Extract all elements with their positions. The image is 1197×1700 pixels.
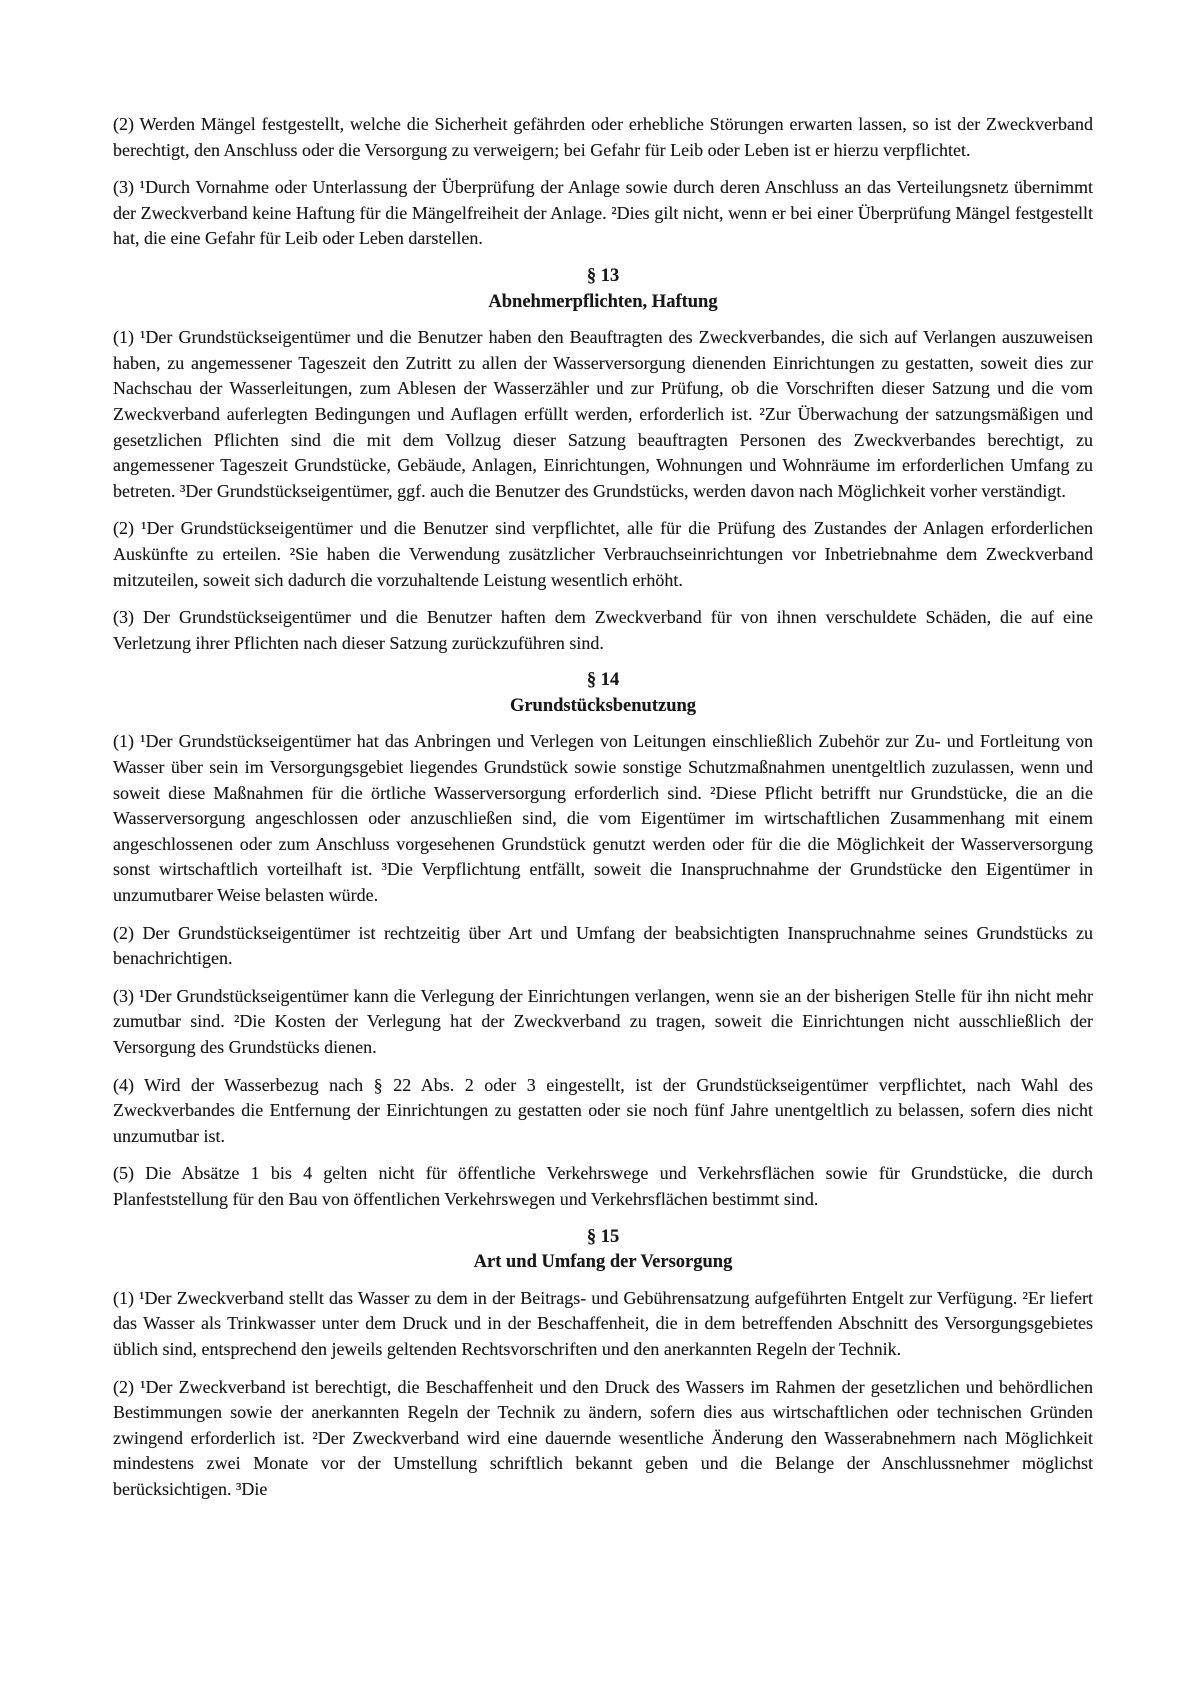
paragraph-14-3: (3) ¹Der Grundstückseigentümer kann die … bbox=[113, 984, 1093, 1061]
paragraph-15-2: (2) ¹Der Zweckverband ist berechtigt, di… bbox=[113, 1375, 1093, 1503]
section-number: § 14 bbox=[113, 668, 1093, 694]
document-page: (2) Werden Mängel festgestellt, welche d… bbox=[0, 0, 1197, 1700]
paragraph-13-1: (1) ¹Der Grundstückseigentümer und die B… bbox=[113, 325, 1093, 504]
paragraph-12-2: (2) Werden Mängel festgestellt, welche d… bbox=[113, 112, 1093, 163]
section-title: Grundstücksbenutzung bbox=[113, 694, 1093, 720]
paragraph-12-3: (3) ¹Durch Vornahme oder Unterlassung de… bbox=[113, 175, 1093, 252]
paragraph-13-3: (3) Der Grundstückseigentümer und die Be… bbox=[113, 605, 1093, 656]
paragraph-14-1: (1) ¹Der Grundstückseigentümer hat das A… bbox=[113, 729, 1093, 908]
paragraph-14-4: (4) Wird der Wasserbezug nach § 22 Abs. … bbox=[113, 1073, 1093, 1150]
section-number: § 15 bbox=[113, 1225, 1093, 1251]
section-title: Abnehmerpflichten, Haftung bbox=[113, 290, 1093, 316]
section-title: Art und Umfang der Versorgung bbox=[113, 1250, 1093, 1276]
paragraph-14-5: (5) Die Absätze 1 bis 4 gelten nicht für… bbox=[113, 1161, 1093, 1212]
paragraph-15-1: (1) ¹Der Zweckverband stellt das Wasser … bbox=[113, 1286, 1093, 1363]
paragraph-13-2: (2) ¹Der Grundstückseigentümer und die B… bbox=[113, 516, 1093, 593]
section-number: § 13 bbox=[113, 264, 1093, 290]
section-heading-14: § 14 Grundstücksbenutzung bbox=[113, 668, 1093, 719]
section-heading-15: § 15 Art und Umfang der Versorgung bbox=[113, 1225, 1093, 1276]
section-heading-13: § 13 Abnehmerpflichten, Haftung bbox=[113, 264, 1093, 315]
document-content: (2) Werden Mängel festgestellt, welche d… bbox=[0, 0, 1197, 1503]
paragraph-14-2: (2) Der Grundstückseigentümer ist rechtz… bbox=[113, 921, 1093, 972]
